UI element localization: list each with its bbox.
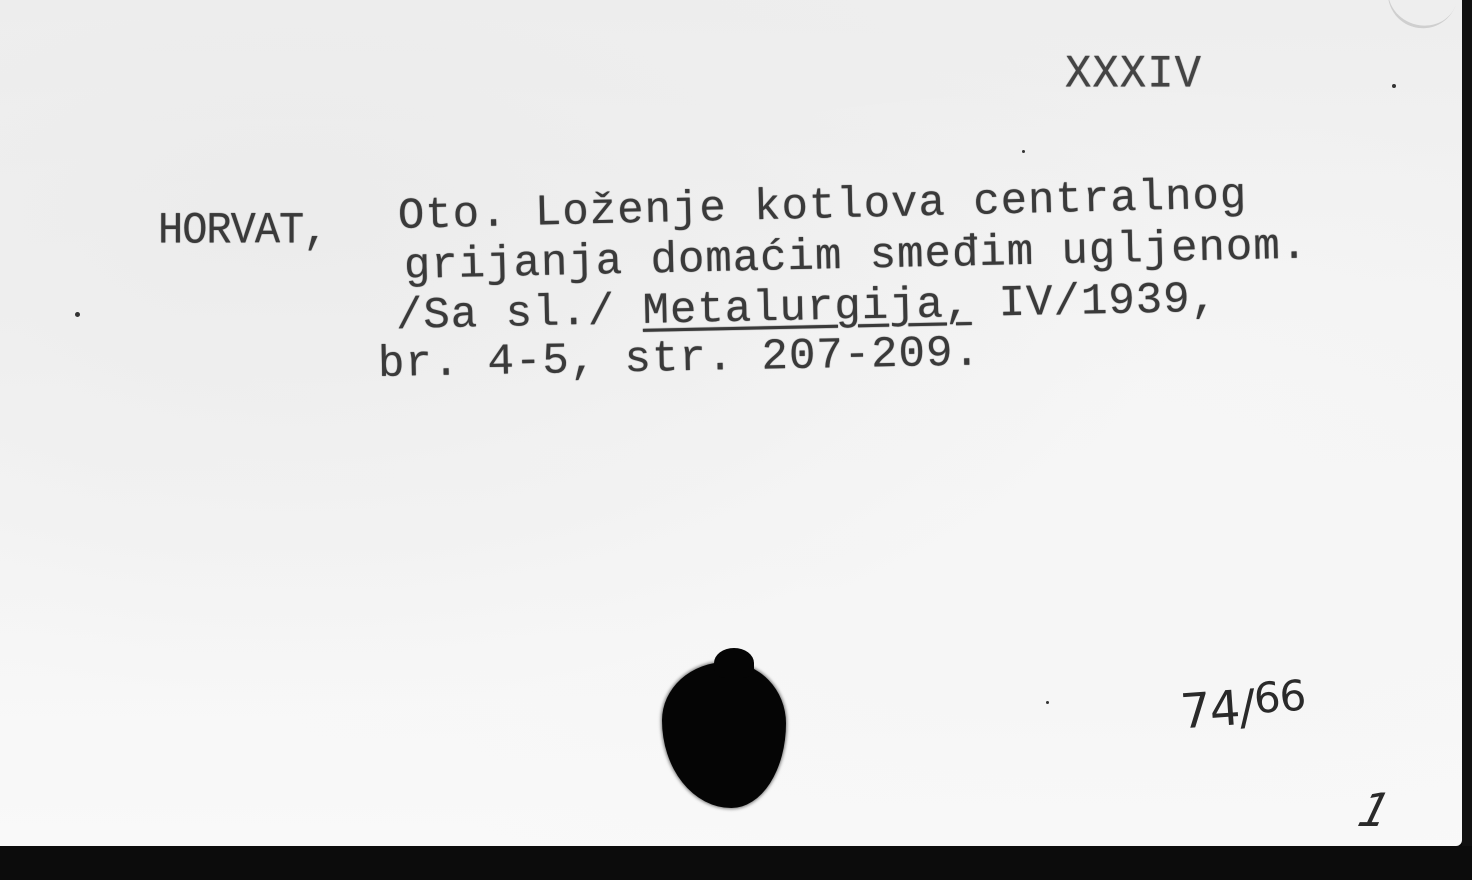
speck xyxy=(1392,84,1396,88)
punch-hole xyxy=(662,662,786,808)
accession-number-main: 74/ xyxy=(1178,679,1256,740)
citation-line-4: br. 4-5, str. 207-209. xyxy=(378,331,982,387)
speck xyxy=(1022,150,1025,153)
scan-border-bottom xyxy=(0,846,1472,880)
accession-number-year: 66 xyxy=(1252,671,1307,723)
illustrations-note: /Sa sl./ xyxy=(395,287,643,342)
accession-number: 74/66 xyxy=(1178,671,1308,741)
classmark: XXXIV xyxy=(1065,52,1202,98)
volume-year: IV/1939, xyxy=(971,275,1219,330)
journal-title: Metalurgija, xyxy=(642,280,972,337)
speck xyxy=(75,312,80,317)
author-heading: HORVAT, xyxy=(158,209,327,253)
copy-number: 1 xyxy=(1353,783,1397,837)
scan-border-right xyxy=(1462,0,1472,880)
catalog-card: XXXIV HORVAT, Oto. Loženje kotlova centr… xyxy=(0,0,1462,846)
corner-fold xyxy=(1379,0,1462,37)
speck xyxy=(1046,701,1049,704)
